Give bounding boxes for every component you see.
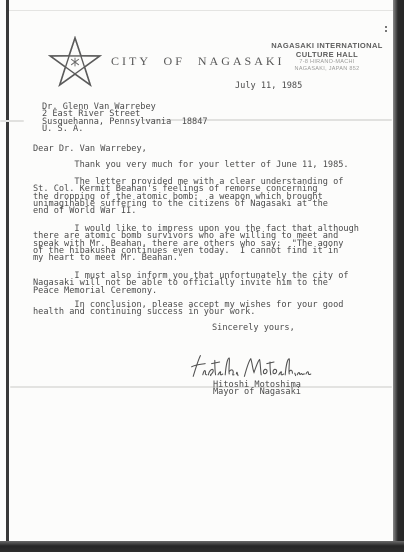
signature-handwriting — [190, 352, 314, 380]
scan-edge-top — [8, 10, 393, 11]
org-name-line2: CULTURE HALL — [262, 51, 392, 60]
scan-streak — [10, 386, 392, 388]
scan-speck — [385, 26, 387, 28]
recipient-address: Dr. Glenn Van Warrebey 2 East River Stre… — [42, 104, 208, 133]
paragraph-3: I would like to impress upon you the fac… — [33, 226, 359, 262]
scan-edge-bottom — [0, 541, 404, 552]
paragraph-2: The letter provided me with a clear unde… — [33, 179, 343, 215]
scan-streak — [0, 120, 24, 122]
scan-edge-right — [393, 0, 404, 552]
scanned-letter-page: CITY OF NAGASAKI NAGASAKI INTERNATIONAL … — [0, 0, 404, 552]
paragraph-1: Thank you very much for your letter of J… — [33, 162, 349, 169]
typed-signature-block: Hitoshi Motoshima Mayor of Nagasaki — [213, 382, 301, 397]
paragraph-5: In conclusion, please accept my wishes f… — [33, 302, 343, 317]
nagasaki-star-emblem-icon — [46, 36, 104, 90]
scan-edge-left — [6, 0, 9, 552]
letter-date: July 11, 1985 — [235, 83, 302, 90]
paragraph-4: I must also inform you that unfortunatel… — [33, 273, 349, 295]
letterhead-title: CITY OF NAGASAKI — [111, 54, 285, 69]
letterhead-org-block: NAGASAKI INTERNATIONAL CULTURE HALL 7-8 … — [262, 42, 392, 72]
org-address-line2: NAGASAKI, JAPAN 852 — [262, 66, 392, 73]
salutation: Dear Dr. Van Warrebey, — [33, 146, 147, 153]
closing-phrase: Sincerely yours, — [212, 325, 295, 332]
